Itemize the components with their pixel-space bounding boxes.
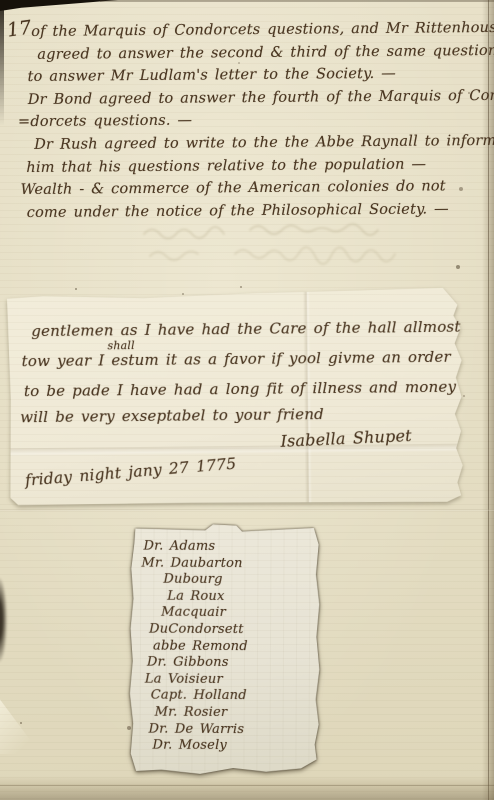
name-item: La Roux <box>127 588 321 606</box>
page-crease <box>0 509 494 511</box>
page-top-edge <box>100 0 494 2</box>
name-item: DuCondorsett <box>127 621 321 639</box>
manuscript-text: of the Marquis of Condorcets questions, … <box>17 20 491 227</box>
ink-specks <box>0 0 2 2</box>
bleedthrough-marks <box>140 216 480 278</box>
page-bottom-edge-line <box>0 785 494 786</box>
name-item: Dr. Gibbons <box>127 655 321 673</box>
page-bottom-edge <box>0 776 494 800</box>
name-item: Capt. Holland <box>127 688 321 706</box>
name-item: Mr. Rosier <box>127 704 321 722</box>
name-item: Macquair <box>127 605 321 623</box>
name-item: Dr. Mosely <box>126 738 320 756</box>
name-item: Mr. Daubarton <box>127 555 321 573</box>
name-item: Dubourg <box>127 572 321 590</box>
note-line: will be very exseptabel to your friend <box>20 405 324 426</box>
names-list: Dr. Adams Mr. Daubarton Dubourg La Roux … <box>126 538 321 755</box>
pasted-note: gentlemen as I have had the Care of the … <box>7 288 463 507</box>
page-corner-fold <box>0 692 52 754</box>
name-item: abbe Remond <box>127 638 321 656</box>
name-item: Dr. De Warris <box>127 721 321 739</box>
name-item: Dr. Adams <box>127 538 321 556</box>
binding-shadow-left <box>0 6 4 126</box>
binding-shadow-blob <box>0 578 7 662</box>
manuscript-page-scan: 17 of the Marquis of Condorcets question… <box>0 0 494 800</box>
name-item: La Voisieur <box>127 671 321 689</box>
names-scrap: Dr. Adams Mr. Daubarton Dubourg La Roux … <box>126 523 321 774</box>
